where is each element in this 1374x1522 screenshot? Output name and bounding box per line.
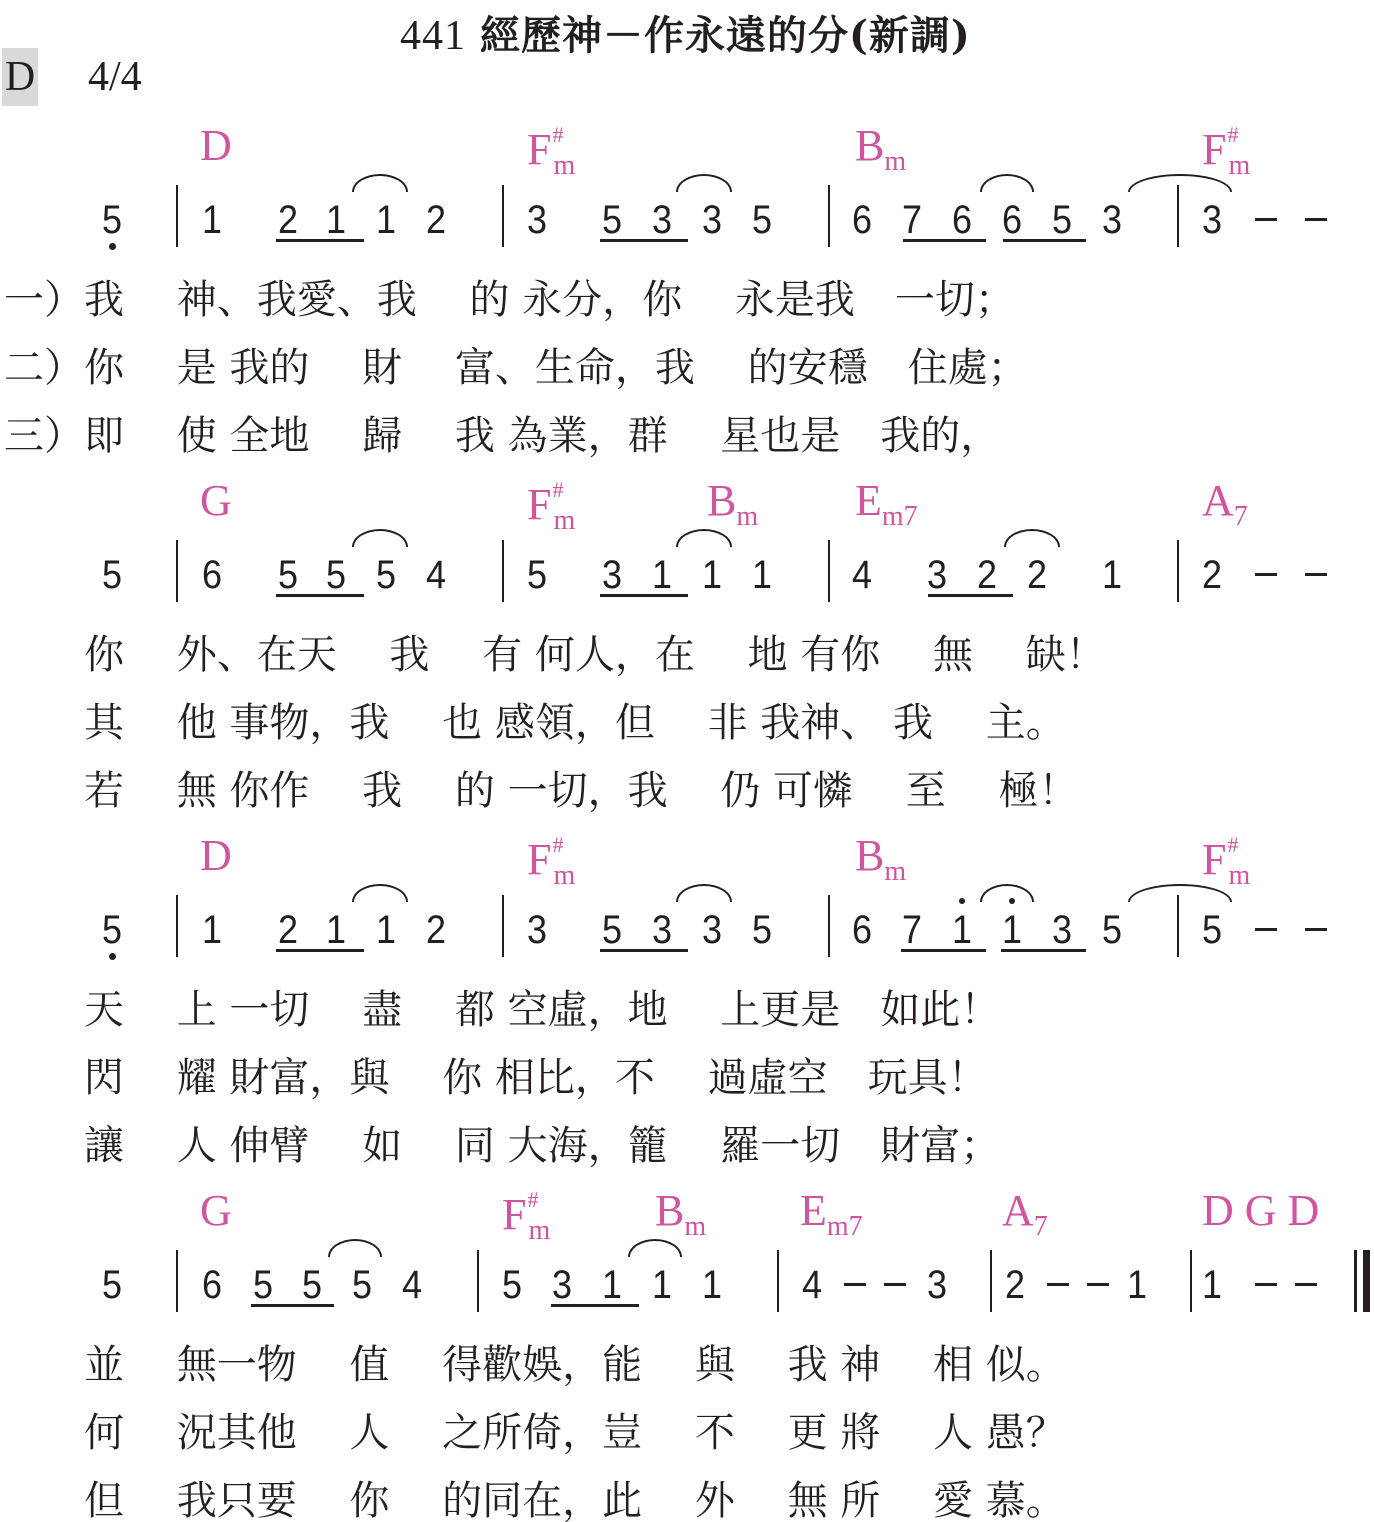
lyric-line: 何 況其他 人 之所倚，豈 不 更 將 人 愚？: [4, 1413, 1066, 1453]
jianpu-note: 3: [649, 910, 676, 950]
chord-symbol: F#m: [527, 124, 575, 180]
jianpu-note: 3: [924, 555, 951, 595]
sustain-dash: [1305, 573, 1327, 576]
sustain-dash: [1305, 218, 1327, 221]
chord-symbol: F#m: [502, 1189, 550, 1245]
chord-symbol: Bm: [707, 479, 758, 531]
sustain-dash: [1295, 1283, 1317, 1286]
sustain-dash: [1255, 928, 1277, 931]
jianpu-note: 4: [799, 1265, 826, 1305]
chord-symbol: F#m: [1202, 124, 1250, 180]
jianpu-note: 1: [949, 910, 976, 950]
lyric-line: 若 無 你作 我 的 一切，我 仍 可憐 至 極！: [4, 771, 1078, 811]
jianpu-note: 6: [849, 200, 876, 240]
tie-slur: [676, 174, 732, 192]
lyric-line: 二）你 是 我的 財 富、生命，我 的安穩 住處；: [4, 348, 1028, 388]
jianpu-note: 5: [749, 200, 776, 240]
jianpu-note: 5: [323, 555, 350, 595]
jianpu-note: 6: [849, 910, 876, 950]
jianpu-note: 5: [499, 1265, 526, 1305]
jianpu-note: 2: [275, 910, 302, 950]
jianpu-note: 1: [323, 200, 350, 240]
hymn-title: 441經歷神－作永遠的分(新調): [400, 4, 971, 61]
sustain-dash: [1255, 573, 1277, 576]
eighth-underline: [551, 1304, 639, 1307]
bar-line: [1177, 895, 1179, 957]
jianpu-note: 6: [999, 200, 1026, 240]
chord-symbol: F#m: [527, 479, 575, 535]
jianpu-note: 5: [599, 910, 626, 950]
eighth-underline: [903, 239, 986, 242]
jianpu-note: 5: [1049, 200, 1076, 240]
jianpu-note: 2: [974, 555, 1001, 595]
bar-line: [502, 540, 504, 602]
eighth-underline: [276, 949, 364, 952]
eighth-underline: [901, 949, 986, 952]
bar-line: [828, 540, 830, 602]
final-barline-thin: [1354, 1250, 1357, 1312]
sustain-dash: [1255, 218, 1277, 221]
bar-line: [777, 1250, 779, 1312]
tie-slur: [628, 1239, 682, 1257]
chord-symbol: D G D: [1202, 1189, 1319, 1233]
sustain-dash: [1047, 1283, 1069, 1286]
chord-symbol: G: [200, 479, 232, 523]
jianpu-note: 3: [1199, 200, 1226, 240]
sustain-dash: [1255, 1283, 1277, 1286]
lyric-line: 並 無一物 值 得歡娛，能 與 我 神 相 似。: [4, 1345, 1066, 1385]
tie-slur: [676, 529, 732, 547]
eighth-underline: [600, 239, 688, 242]
jianpu-note: 2: [1002, 1265, 1029, 1305]
eighth-underline: [276, 239, 364, 242]
bar-line: [828, 895, 830, 957]
lyric-line: 你 外、在天 我 有 何人，在 地 有你 無 缺！: [4, 635, 1106, 675]
lower-octave-dot: [109, 243, 116, 250]
chord-symbol: A7: [1202, 479, 1248, 531]
jianpu-note: 6: [199, 1265, 226, 1305]
jianpu-note: 1: [649, 555, 676, 595]
sustain-dash: [844, 1283, 866, 1286]
jianpu-note: 3: [599, 555, 626, 595]
bar-line: [176, 895, 178, 957]
jianpu-note: 5: [524, 555, 551, 595]
jianpu-note: 6: [949, 200, 976, 240]
jianpu-note: 3: [549, 1265, 576, 1305]
jianpu-note: 5: [250, 1265, 277, 1305]
jianpu-note: 5: [349, 1265, 376, 1305]
tie-slur: [1004, 529, 1060, 547]
chord-symbol: G: [200, 1189, 232, 1233]
bar-line: [1190, 1250, 1192, 1312]
chord-symbol: A7: [1002, 1189, 1048, 1241]
tie-slur: [352, 884, 408, 902]
bar-line: [477, 1250, 479, 1312]
jianpu-note: 3: [699, 200, 726, 240]
chord-symbol: Bm: [855, 834, 906, 886]
lyric-line: 但 我只要 你 的同在，此 外 無 所 愛 慕。: [4, 1481, 1066, 1521]
lyric-line: 三）即 使 全地 歸 我 為業，群 星也是 我的，: [4, 416, 1000, 456]
tie-slur: [980, 174, 1034, 192]
jianpu-note: 7: [899, 910, 926, 950]
jianpu-note: 1: [199, 200, 226, 240]
jianpu-note: 1: [649, 1265, 676, 1305]
jianpu-note: 1: [599, 1265, 626, 1305]
lyric-line: 一）我 神、我愛、我 的 永分，你 永是我 一切；: [4, 280, 1015, 320]
eighth-underline: [600, 594, 688, 597]
upper-octave-dot: [959, 898, 965, 904]
eighth-underline: [276, 594, 364, 597]
jianpu-note: 5: [1199, 910, 1226, 950]
chord-symbol: Bm: [855, 124, 906, 176]
jianpu-note: 2: [1199, 555, 1226, 595]
eighth-underline: [1003, 239, 1086, 242]
jianpu-note: 5: [373, 555, 400, 595]
tie-slur: [980, 884, 1034, 902]
jianpu-note: 3: [699, 910, 726, 950]
bar-line: [1177, 540, 1179, 602]
jianpu-note: 3: [649, 200, 676, 240]
tie-slur: [352, 174, 408, 192]
chord-symbol: F#m: [527, 834, 575, 890]
jianpu-note: 5: [99, 555, 126, 595]
jianpu-note: 1: [699, 1265, 726, 1305]
bar-line: [502, 185, 504, 247]
jianpu-note: 1: [999, 910, 1026, 950]
eighth-underline: [600, 949, 688, 952]
chord-symbol: Bm: [655, 1189, 706, 1241]
jianpu-note: 5: [749, 910, 776, 950]
jianpu-note: 1: [1124, 1265, 1151, 1305]
bar-line: [176, 540, 178, 602]
jianpu-note: 6: [199, 555, 226, 595]
bar-line: [502, 895, 504, 957]
hymn-number: 441: [400, 13, 466, 59]
jianpu-note: 5: [299, 1265, 326, 1305]
jianpu-note: 3: [1049, 910, 1076, 950]
lyric-line: 其 他 事物，我 也 感領，但 非 我神、 我 主。: [4, 703, 1066, 743]
lower-octave-dot: [109, 953, 116, 960]
key-signature: D: [2, 48, 38, 106]
jianpu-note: 1: [699, 555, 726, 595]
jianpu-note: 3: [924, 1265, 951, 1305]
time-signature: 4/4: [88, 48, 142, 106]
lyric-line: 讓 人 伸臂 如 同 大海，籠 羅一切 財富；: [4, 1126, 1000, 1166]
jianpu-note: 1: [373, 200, 400, 240]
jianpu-note: 5: [275, 555, 302, 595]
tie-slur: [352, 529, 408, 547]
bar-line: [990, 1250, 992, 1312]
jianpu-note: 1: [1199, 1265, 1226, 1305]
lyric-line: 天 上 一切 盡 都 空虛，地 上更是 如此！: [4, 990, 1000, 1030]
jianpu-note: 5: [99, 200, 126, 240]
eighth-underline: [1001, 949, 1086, 952]
chord-symbol: D: [200, 834, 232, 878]
sustain-dash: [884, 1283, 906, 1286]
sustain-dash: [1087, 1283, 1109, 1286]
jianpu-note: 5: [99, 1265, 126, 1305]
jianpu-note: 4: [399, 1265, 426, 1305]
jianpu-note: 1: [323, 910, 350, 950]
jianpu-note: 3: [524, 910, 551, 950]
jianpu-note: 3: [1099, 200, 1126, 240]
jianpu-note: 1: [199, 910, 226, 950]
lyric-line: 閃 耀 財富，與 你 相比，不 過虛空 玩具！: [4, 1058, 988, 1098]
bar-line: [176, 185, 178, 247]
bar-line: [828, 185, 830, 247]
jianpu-note: 2: [1024, 555, 1051, 595]
jianpu-note: 1: [1099, 555, 1126, 595]
jianpu-note: 7: [899, 200, 926, 240]
jianpu-note: 3: [524, 200, 551, 240]
jianpu-note: 5: [1099, 910, 1126, 950]
jianpu-note: 2: [275, 200, 302, 240]
jianpu-note: 2: [423, 200, 450, 240]
chord-symbol: F#m: [1202, 834, 1250, 890]
eighth-underline: [251, 1304, 334, 1307]
hymn-title-text: 經歷神－作永遠的分(新調): [480, 12, 971, 59]
eighth-underline: [928, 594, 1013, 597]
chord-symbol: Em7: [800, 1189, 863, 1241]
chord-symbol: Em7: [855, 479, 918, 531]
bar-line: [176, 1250, 178, 1312]
chord-symbol: D: [200, 124, 232, 168]
jianpu-note: 5: [599, 200, 626, 240]
jianpu-note: 2: [423, 910, 450, 950]
jianpu-note: 1: [749, 555, 776, 595]
jianpu-note: 1: [373, 910, 400, 950]
jianpu-note: 5: [99, 910, 126, 950]
tie-slur: [676, 884, 732, 902]
jianpu-note: 4: [849, 555, 876, 595]
jianpu-note: 4: [423, 555, 450, 595]
bar-line: [1177, 185, 1179, 247]
sustain-dash: [1305, 928, 1327, 931]
final-barline-thick: [1363, 1250, 1370, 1312]
tie-slur: [328, 1239, 382, 1257]
